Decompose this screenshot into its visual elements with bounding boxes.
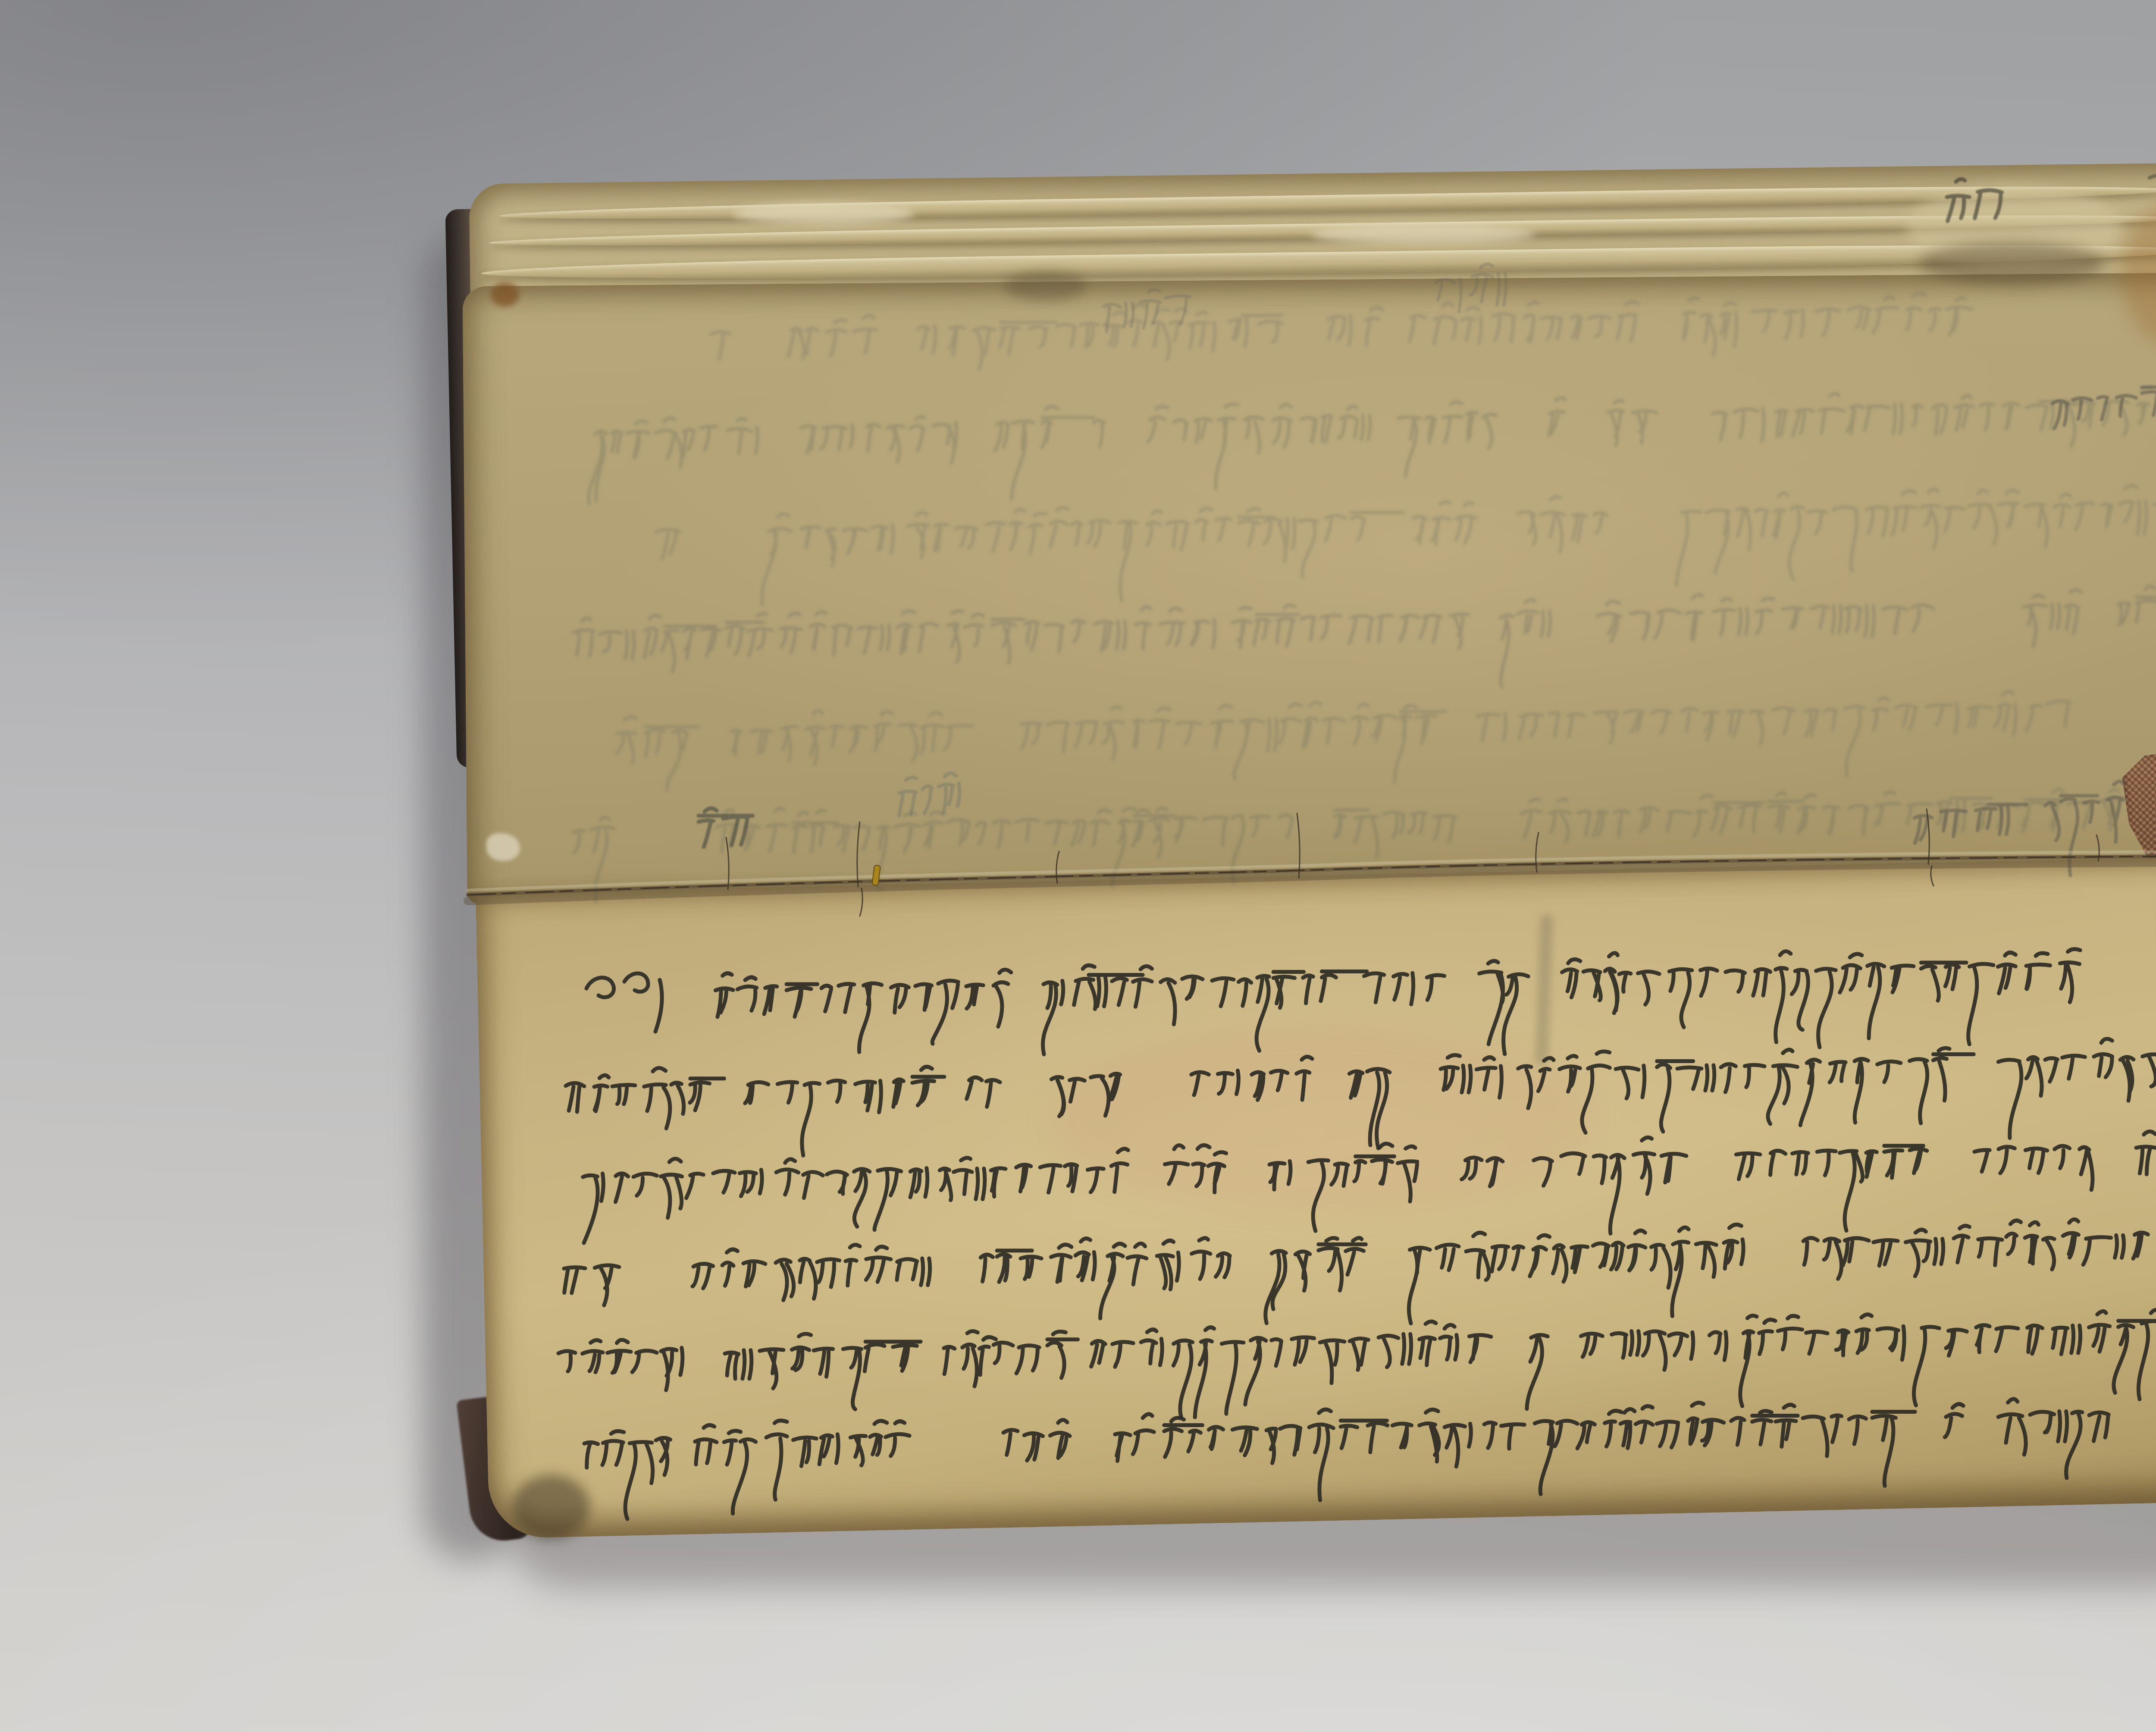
upper-page-verso	[462, 273, 2156, 904]
smudge-stain	[1005, 271, 1087, 301]
corner-smudge	[512, 1475, 590, 1540]
page-edge-highlight	[1311, 224, 1535, 244]
crumpled-corner-shadow	[1919, 242, 2104, 285]
rust-stain	[491, 282, 519, 307]
paper-discoloration	[1052, 1026, 1591, 1212]
photo-backdrop	[0, 0, 2156, 1732]
page-edge-highlight	[733, 203, 914, 224]
